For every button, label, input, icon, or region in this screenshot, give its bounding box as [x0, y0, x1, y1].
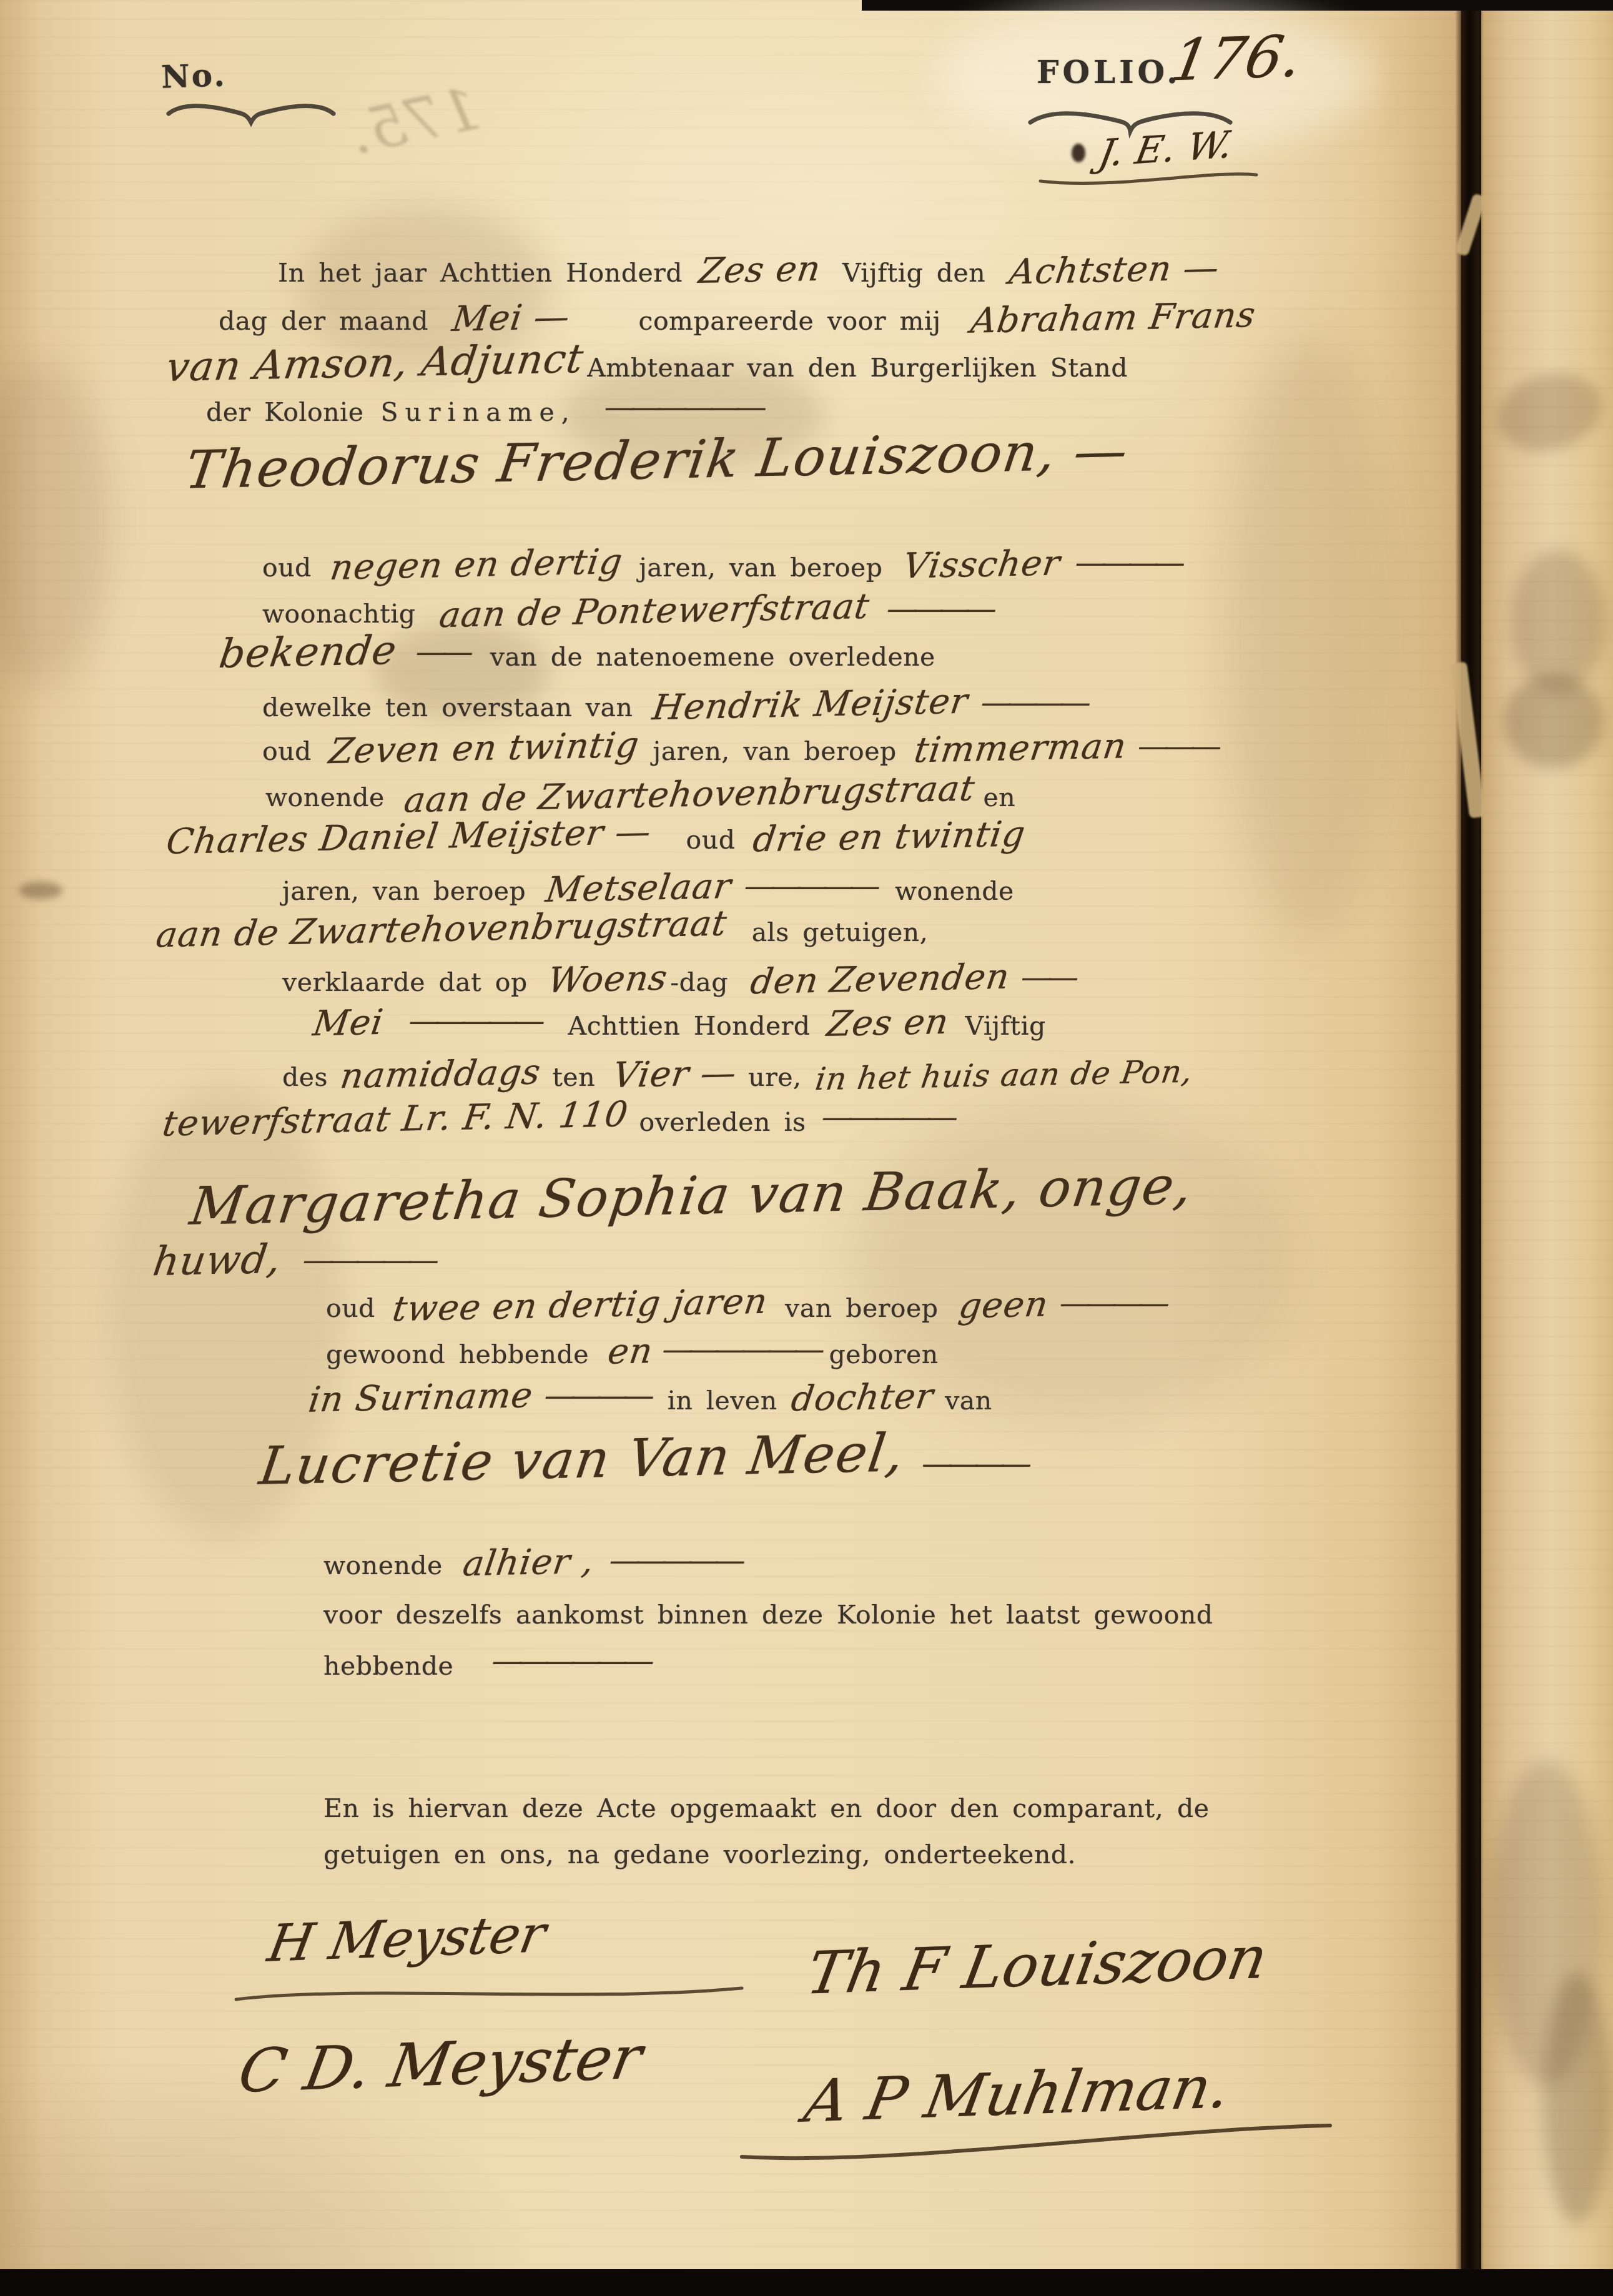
folio-number-handwritten: 176. — [1167, 22, 1307, 94]
printed-text: jaren, van beroep — [653, 736, 896, 766]
printed-text: Vijftig — [965, 1011, 1046, 1041]
handwritten-text: den Zevenden — [748, 957, 1012, 1003]
signature-witness2: C D. Meyster — [234, 2023, 648, 2106]
printed-text: hebbende — [323, 1651, 453, 1681]
act-line: oud Zeven en twintig jaren, van beroep t… — [262, 728, 1216, 769]
handwritten-dash: ————— — [609, 1542, 741, 1579]
act-line: wonende aan de Zwartehovenbrugstraat en — [265, 774, 1015, 815]
printed-text: van de natenoemene overledene — [490, 642, 935, 672]
handwritten-text: dochter — [789, 1376, 936, 1420]
printed-text: Vijftig den — [842, 258, 985, 288]
handwritten-text: aan de Pontewerfstraat — [437, 586, 872, 636]
handwritten-text: en — [606, 1331, 656, 1372]
printed-text: -dag — [670, 967, 728, 997]
handwritten-dash: ———— — [981, 684, 1086, 721]
handwritten-text: alhier , — [460, 1541, 596, 1584]
printed-text: oud — [686, 825, 736, 855]
act-line: wonende alhier , ————— — [323, 1542, 741, 1583]
printed-text: oud — [262, 553, 312, 583]
printed-text: Suriname, — [381, 397, 576, 427]
handwritten-text: namiddags — [338, 1052, 543, 1097]
handwritten-text: Vier — — [610, 1053, 739, 1096]
handwritten-text: van Amson, Adjunct — [164, 336, 586, 391]
handwritten-text: aan de Zwartehovenbrugstraat — [402, 768, 977, 820]
handwritten-name: Lucretie van Van Meel, — [256, 1422, 909, 1497]
signature-underline — [230, 1978, 748, 2007]
handwritten-name: Theodorus Frederik Louiszoon, — — [182, 420, 1133, 500]
act-line: bekende —— van de natenoemene overledene — [220, 629, 935, 676]
ink-blot — [1072, 144, 1085, 162]
handwritten-text: timmerman — [912, 726, 1129, 771]
signature-witness1: H Meyster — [264, 1904, 550, 1973]
book-binding-gutter — [1455, 0, 1484, 2296]
act-line: dag der maand Mei — compareerde voor mij… — [219, 298, 1255, 338]
printed-text: Ambtenaar van den Burgerlijken Stand — [587, 353, 1128, 383]
act-line: verklaarde dat op Woens -dag den Zevende… — [282, 959, 1073, 1000]
scan-edge-bottom — [0, 2269, 1613, 2296]
printed-text: der Kolonie — [206, 397, 363, 427]
printed-text: geboren — [829, 1339, 939, 1369]
printed-text: ure, — [748, 1062, 801, 1092]
printed-text: verklaarde dat op — [282, 967, 528, 997]
printed-text: En is hiervan deze Acte opgemaakt en doo… — [323, 1793, 1209, 1823]
printed-text: wonende — [265, 782, 385, 812]
act-line: Margaretha Sophia van Baak, onge, — [192, 1165, 1191, 1226]
paper-stain — [1224, 337, 1399, 937]
paper-stain — [19, 882, 62, 899]
handwritten-text: Mei — [310, 1002, 386, 1044]
printed-text: oud — [326, 1293, 375, 1323]
act-line: des namiddags ten Vier — ure, in het hui… — [282, 1054, 1192, 1095]
handwritten-dash: ——— — [1138, 728, 1216, 764]
act-line: aan de Zwartehovenbrugstraat als getuige… — [157, 909, 928, 950]
handwritten-text: Abraham Frans — [969, 295, 1258, 341]
printed-text: overleden is — [639, 1107, 806, 1137]
handwritten-text: in het huis aan de Pon, — [813, 1053, 1195, 1098]
printed-text: dag der maand — [219, 306, 428, 336]
handwritten-text: aan de Zwartehovenbrugstraat — [154, 903, 729, 955]
act-line: huwd, ————— — [154, 1238, 434, 1284]
handwritten-text: Zes en — [696, 249, 823, 292]
handwritten-text: negen en dertig — [328, 541, 625, 588]
printed-text: en — [984, 782, 1016, 812]
handwritten-dash: —— — [1021, 959, 1073, 995]
handwritten-dash: ————— — [408, 1003, 540, 1039]
act-line: woonachtig aan de Pontewerfstraat ———— — [262, 591, 992, 631]
handwritten-text: Hendrik Meijster — [650, 681, 971, 729]
ink-bleed-mark — [1542, 1973, 1611, 2223]
handwritten-dash: —————— — [662, 1331, 819, 1367]
act-line: Theodorus Frederik Louiszoon, — — [187, 430, 1127, 491]
handwritten-text: geen — [956, 1284, 1051, 1327]
handwritten-dash: ————— — [744, 868, 876, 904]
handwritten-text: Zeven en twintig — [327, 725, 642, 772]
handwritten-dash: ———— — [922, 1446, 1027, 1482]
initials-flourish — [1037, 167, 1261, 190]
printed-text: woonachtig — [262, 599, 416, 629]
handwritten-dash: ———— — [545, 1377, 649, 1414]
handwritten-text: Achtsten — — [1007, 248, 1222, 293]
act-line: dewelke ten overstaan van Hendrik Meijst… — [262, 684, 1086, 725]
handwritten-name: Charles Daniel Meijster — — [164, 812, 654, 862]
handwritten-text: twee en dertig jaren — [390, 1281, 771, 1330]
printed-text: getuigen en ons, na gedane voorlezing, o… — [323, 1840, 1076, 1870]
act-line: Lucretie van Van Meel, ———— — [261, 1429, 1027, 1490]
act-line: jaren, van beroep Metselaar ————— wonend… — [282, 868, 1014, 909]
printed-text: jaren, van beroep — [639, 553, 882, 583]
printed-text: voor deszelfs aankomst binnen deze Kolon… — [323, 1600, 1213, 1630]
act-line: der Kolonie Suriname, —————— — [206, 392, 762, 428]
act-line: oud negen en dertig jaren, van beroep Vi… — [262, 544, 1180, 585]
handwritten-text: Visscher — [900, 543, 1063, 586]
curly-brace-ornament — [164, 100, 338, 131]
act-line: hebbende —————— — [323, 1646, 649, 1682]
handwritten-text: Zes en — [824, 1002, 951, 1045]
act-line: Mei ————— Achttien Honderd Zes en Vijfti… — [313, 1003, 1046, 1043]
act-line: voor deszelfs aankomst binnen deze Kolon… — [323, 1600, 1213, 1630]
paper-stain — [849, 1099, 1299, 1424]
printed-text: wonende — [895, 876, 1014, 906]
handwritten-name: Margaretha Sophia van Baak, onge, — [187, 1155, 1197, 1236]
printed-text: ten — [552, 1062, 595, 1092]
act-line: in Suriname ———— in leven dochter van — [309, 1377, 992, 1418]
printed-text: compareerde voor mij — [638, 306, 940, 336]
printed-text: van — [945, 1386, 992, 1416]
signature-flourish — [737, 2122, 1336, 2165]
printed-text: jaren, van beroep — [282, 876, 526, 906]
handwritten-text: bekende — [216, 628, 400, 677]
handwritten-dash: —————— — [604, 389, 762, 425]
act-line: En is hiervan deze Acte opgemaakt en doo… — [323, 1793, 1209, 1823]
handwritten-dash: ———— — [887, 591, 992, 627]
printed-text: des — [282, 1062, 328, 1092]
folio-label-stamp: FOLIO. — [1037, 54, 1181, 91]
act-line: van Amson, Adjunct Ambtenaar van den Bur… — [167, 340, 1128, 387]
handwritten-text: drie en twintig — [750, 814, 1027, 860]
ink-bleed-mark — [1511, 549, 1605, 693]
scanned-death-record-page: No. 175. FOLIO. 176. J. E. W. In het jaa… — [0, 0, 1613, 2296]
act-line: gewoond hebbende en —————— geboren — [326, 1331, 939, 1372]
printed-text: In het jaar Achttien Honderd — [278, 258, 683, 288]
act-line: Charles Daniel Meijster — oud drie en tw… — [167, 817, 1025, 857]
handwritten-text: huwd, — [150, 1236, 284, 1285]
act-line: tewerfstraat Lr. F. N. 110 overleden is … — [164, 1099, 953, 1140]
no-label-stamp: No. — [160, 56, 227, 96]
act-line: oud twee en dertig jaren van beroep geen… — [326, 1285, 1165, 1326]
handwritten-text: tewerfstraat Lr. F. N. 110 — [160, 1094, 631, 1145]
handwritten-text: Woens — [545, 958, 670, 1001]
handwritten-text: in Suriname — [306, 1375, 536, 1420]
handwritten-dash: ———— — [1060, 1285, 1165, 1321]
printed-text: als getuigen, — [752, 917, 929, 947]
handwritten-dash: ————— — [822, 1099, 953, 1135]
printed-text: van beroep — [785, 1293, 938, 1323]
printed-text: dewelke ten overstaan van — [262, 692, 633, 722]
handwritten-dash: —————— — [491, 1643, 649, 1679]
printed-text: wonende — [323, 1550, 443, 1580]
printed-text: in leven — [668, 1386, 777, 1416]
act-line: getuigen en ons, na gedane voorlezing, o… — [323, 1840, 1076, 1870]
act-line: In het jaar Achttien Honderd Zes en Vijf… — [278, 250, 1219, 290]
handwritten-dash: —— — [416, 634, 468, 670]
handwritten-dash: ———— — [1075, 544, 1180, 581]
ink-bleed-mark — [1504, 674, 1604, 768]
printed-text: Achttien Honderd — [568, 1011, 811, 1041]
handwritten-dash: ————— — [303, 1242, 434, 1278]
printed-text: oud — [262, 736, 312, 766]
handwritten-text: Mei — — [450, 297, 573, 340]
printed-text: gewoond hebbende — [326, 1339, 589, 1369]
